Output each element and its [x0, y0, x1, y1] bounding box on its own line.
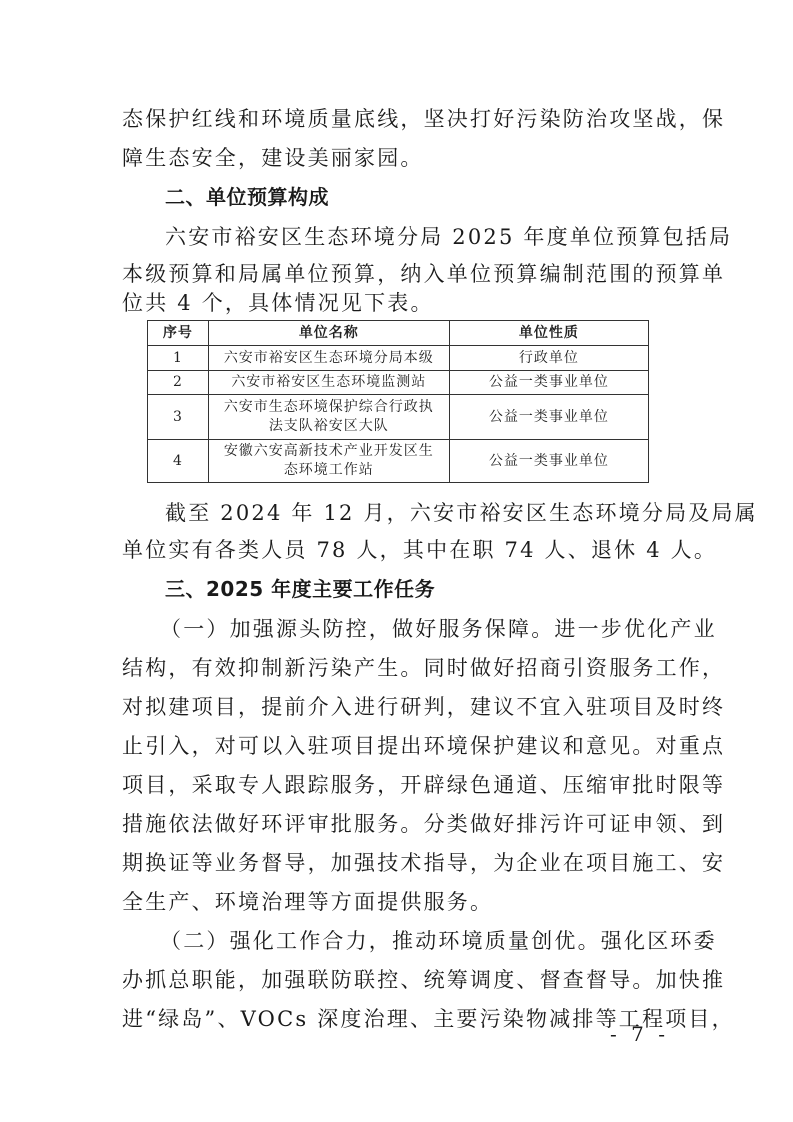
- cell-unit-nature: 行政单位: [449, 346, 648, 371]
- document-page: 态保护红线和环境质量底线，坚决打好污染防治攻坚战，保 障生态安全，建设美丽家园。…: [0, 0, 793, 1122]
- table-header-row: 序号 单位名称 单位性质: [148, 321, 649, 346]
- cell-index: 1: [148, 346, 209, 371]
- table-row: 4 安徽六安高新技术产业开发区生 态环境工作站 公益一类事业单位: [148, 440, 649, 483]
- body-text-line: 项目，采取专人跟踪服务，开辟绿色通道、压缩审批时限等: [122, 773, 682, 797]
- unit-name-line: 六安市生态环境保护综合行政执: [213, 398, 445, 417]
- body-text-line: 障生态安全，建设美丽家园。: [122, 146, 682, 170]
- body-text-line: 结构，有效抑制新污染产生。同时做好招商引资服务工作，: [122, 656, 682, 680]
- cell-index: 2: [148, 371, 209, 395]
- cell-index: 4: [148, 440, 209, 483]
- body-text-line: 措施依法做好环评审批服务。分类做好排污许可证申领、到: [122, 812, 682, 836]
- cell-unit-nature: 公益一类事业单位: [449, 371, 648, 395]
- body-text-line: 期换证等业务督导，加强技术指导，为企业在项目施工、安: [122, 851, 682, 875]
- body-text-line: 单位实有各类人员 78 人，其中在职 74 人、退休 4 人。: [122, 538, 682, 562]
- cell-unit-name: 安徽六安高新技术产业开发区生 态环境工作站: [208, 440, 449, 483]
- body-text-line: 六安市裕安区生态环境分局 2025 年度单位预算包括局: [165, 225, 725, 249]
- unit-name-line: 安徽六安高新技术产业开发区生: [213, 442, 445, 461]
- cell-unit-nature: 公益一类事业单位: [449, 395, 648, 440]
- body-text-line: 截至 2024 年 12 月，六安市裕安区生态环境分局及局属: [165, 501, 725, 525]
- body-text-line: 进“绿岛”、VOCs 深度治理、主要污染物减排等工程项目，: [122, 1007, 682, 1031]
- cell-unit-name: 六安市生态环境保护综合行政执 法支队裕安区大队: [208, 395, 449, 440]
- cell-unit-name: 六安市裕安区生态环境监测站: [208, 371, 449, 395]
- body-text-line: （二）强化工作合力，推动环境质量创优。强化区环委: [160, 929, 720, 953]
- unit-name-line: 六安市裕安区生态环境分局本级: [224, 350, 434, 366]
- body-text-line: 对拟建项目，提前介入进行研判，建议不宜入驻项目及时终: [122, 695, 682, 719]
- budget-units-table: 序号 单位名称 单位性质 1 六安市裕安区生态环境分局本级 行政单位 2 六安市…: [147, 320, 649, 483]
- table-row: 3 六安市生态环境保护综合行政执 法支队裕安区大队 公益一类事业单位: [148, 395, 649, 440]
- table-row: 2 六安市裕安区生态环境监测站 公益一类事业单位: [148, 371, 649, 395]
- unit-name-line: 法支队裕安区大队: [213, 417, 445, 436]
- column-header-unit-nature: 单位性质: [449, 321, 648, 346]
- unit-name-line: 六安市裕安区生态环境监测站: [231, 374, 426, 390]
- body-text-line: 全生产、环境治理等方面提供服务。: [122, 890, 682, 914]
- page-number: - 7 -: [610, 1022, 669, 1046]
- table-row: 1 六安市裕安区生态环境分局本级 行政单位: [148, 346, 649, 371]
- section-heading-3: 三、2025 年度主要工作任务: [165, 577, 725, 601]
- body-text-line: 位共 4 个，具体情况见下表。: [122, 291, 682, 315]
- column-header-index: 序号: [148, 321, 209, 346]
- body-text-line: 本级预算和局属单位预算，纳入单位预算编制范围的预算单: [122, 262, 682, 286]
- cell-index: 3: [148, 395, 209, 440]
- cell-unit-nature: 公益一类事业单位: [449, 440, 648, 483]
- section-heading-2: 二、单位预算构成: [165, 185, 725, 209]
- unit-name-line: 态环境工作站: [213, 461, 445, 480]
- body-text-line: （一）加强源头防控，做好服务保障。进一步优化产业: [160, 617, 720, 641]
- column-header-unit-name: 单位名称: [208, 321, 449, 346]
- cell-unit-name: 六安市裕安区生态环境分局本级: [208, 346, 449, 371]
- body-text-line: 态保护红线和环境质量底线，坚决打好污染防治攻坚战，保: [122, 107, 682, 131]
- body-text-line: 办抓总职能，加强联防联控、统筹调度、督查督导。加快推: [122, 968, 682, 992]
- body-text-line: 止引入，对可以入驻项目提出环境保护建议和意见。对重点: [122, 734, 682, 758]
